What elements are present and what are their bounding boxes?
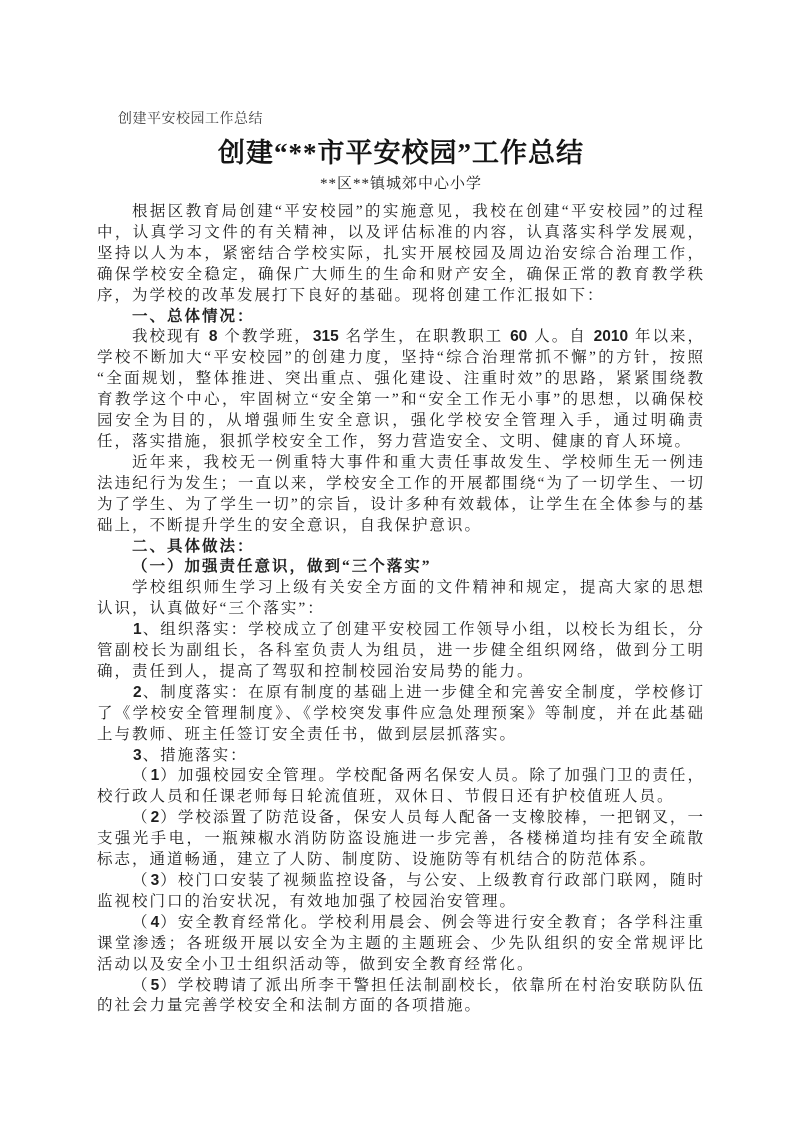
text-run: 一、总体情况： (132, 308, 255, 325)
numeric-text-run: 1 (133, 621, 142, 638)
numeric-text-run: 3 (133, 747, 142, 764)
numeric-text-run: 8 (209, 328, 218, 345)
text-run: （一）加强责任意识，做到“三个落实” (132, 558, 432, 575)
paragraph-item-3-measures: 3、措施落实： (97, 746, 705, 767)
text-run: 个教学班， (219, 328, 312, 345)
text-run: 名学生，在职教职工 (340, 328, 509, 345)
text-run: ）加强校园安全管理。学校配备两名保安人员。除了加强门卫的责任，校行政人员和任课老… (97, 767, 705, 805)
numeric-text-run: 1 (151, 767, 160, 784)
text-run: 年以来，学校不断加大“平安校园”的创建力度，坚持“综合治理常抓不懈”的方针，按照… (97, 328, 705, 450)
document-header-title: 创建平安校园工作总结 (118, 109, 705, 127)
paragraph-measure-4-safety-education: （4）安全教育经常化。学校利用晨会、例会等进行安全教育；各学科注重课堂渗透；各班… (97, 913, 705, 976)
text-run: （ (132, 767, 150, 784)
document-subtitle: **区**镇城郊中心小学 (97, 174, 705, 194)
numeric-text-run: 4 (151, 914, 160, 931)
heading-section-2-specific-practices: 二、具体做法： (97, 537, 705, 558)
paragraph-measure-2-prevention-equipment: （2）学校添置了防范设备，保安人员每人配备一支橡胶棒，一把钢叉，一支强光手电，一… (97, 808, 705, 871)
document-body: 根据区教育局创建“平安校园”的实施意见，我校在创建“平安校园”的过程中，认真学习… (97, 202, 705, 1017)
numeric-text-run: 315 (313, 328, 339, 345)
text-run: 、组织落实：学校成立了创建平安校园工作领导小组，以校长为组长，分管副校长为副组长… (97, 621, 705, 680)
paragraph-item-2-system: 2、制度落实：在原有制度的基础上进一步健全和完善安全制度，学校修订了《学校安全管… (97, 683, 705, 746)
text-run: 近年来，我校无一例重特大事件和重大责任事故发生、学校师生无一例违法违纪行为发生；… (97, 454, 705, 534)
numeric-text-run: 2010 (594, 328, 628, 345)
paragraph-overview: 我校现有 8 个教学班，315 名学生，在职教职工 60 人。自 2010 年以… (97, 327, 705, 452)
text-run: 人。自 (528, 328, 592, 345)
numeric-text-run: 60 (510, 328, 527, 345)
text-run: 、制度落实：在原有制度的基础上进一步健全和完善安全制度，学校修订了《学校安全管理… (97, 684, 705, 743)
text-run: （ (132, 809, 150, 826)
paragraph-three-implementations-intro: 学校组织师生学习上级有关安全方面的文件精神和规定，提高大家的思想认识，认真做好“… (97, 578, 705, 620)
text-run: （ (132, 872, 150, 889)
heading-section-1-overall-situation: 一、总体情况： (97, 307, 705, 328)
heading-subsection-responsibility-awareness: （一）加强责任意识，做到“三个落实” (97, 557, 705, 578)
paragraph-measure-1-campus-security: （1）加强校园安全管理。学校配备两名保安人员。除了加强门卫的责任，校行政人员和任… (97, 766, 705, 808)
text-run: 、措施落实： (143, 747, 248, 764)
text-run: ）安全教育经常化。学校利用晨会、例会等进行安全教育；各学科注重课堂渗透；各班级开… (97, 914, 705, 973)
text-run: （ (132, 977, 150, 994)
numeric-text-run: 2 (133, 684, 142, 701)
numeric-text-run: 3 (151, 872, 160, 889)
text-run: ）学校添置了防范设备，保安人员每人配备一支橡胶棒，一把钢叉，一支强光手电，一瓶辣… (97, 809, 705, 868)
text-run: ）校门口安装了视频监控设备，与公安、上级教育行政部门联网，随时监视校门口的治安状… (97, 872, 705, 910)
text-run: ）学校聘请了派出所李干警担任法制副校长，依靠所在村治安联防队伍的社会力量完善学校… (97, 977, 705, 1015)
text-run: 学校组织师生学习上级有关安全方面的文件精神和规定，提高大家的思想认识，认真做好“… (97, 579, 705, 617)
paragraph-item-1-organization: 1、组织落实：学校成立了创建平安校园工作领导小组，以校长为组长，分管副校长为副组… (97, 620, 705, 683)
paragraph-measure-5-legal-vice-principal: （5）学校聘请了派出所李干警担任法制副校长，依靠所在村治安联防队伍的社会力量完善… (97, 976, 705, 1018)
text-run: 我校现有 (132, 328, 208, 345)
paragraph-recent-years: 近年来，我校无一例重特大事件和重大责任事故发生、学校师生无一例违法违纪行为发生；… (97, 453, 705, 537)
text-run: 根据区教育局创建“平安校园”的实施意见，我校在创建“平安校园”的过程中，认真学习… (97, 203, 705, 304)
numeric-text-run: 2 (151, 809, 160, 826)
text-run: （ (132, 914, 150, 931)
text-run: 二、具体做法： (132, 538, 255, 555)
numeric-text-run: 5 (151, 977, 160, 994)
paragraph-measure-3-video-surveillance: （3）校门口安装了视频监控设备，与公安、上级教育行政部门联网，随时监视校门口的治… (97, 871, 705, 913)
page-title: 创建“**市平安校园”工作总结 (97, 137, 705, 169)
document-page: 创建平安校园工作总结 创建“**市平安校园”工作总结 **区**镇城郊中心小学 … (0, 0, 793, 1122)
paragraph-intro: 根据区教育局创建“平安校园”的实施意见，我校在创建“平安校园”的过程中，认真学习… (97, 202, 705, 307)
